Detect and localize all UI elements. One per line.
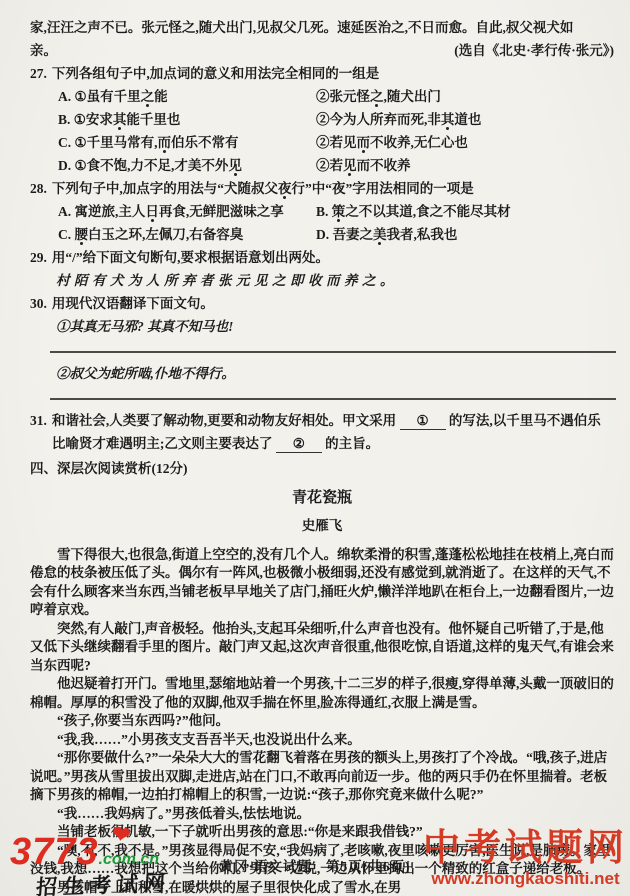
story-paragraph: “我,我……”小男孩支支吾吾半天,也没说出什么来。 [30,731,614,750]
watermark-3773-number: 3773 [10,831,99,873]
watermark-zhongkao-title: 中考试题网 [423,829,628,868]
option-c2: ②若见而不收养,无仁心也 [316,131,614,154]
question-27-options: A. ①虽有千里之能 ②张元怪之,随犬出门 B. ①安求其能千里也 ②今为人所弃… [58,85,614,177]
option-a1: A. ①虽有千里之能 [58,85,316,108]
question-stem: 下列各组句子中,加点词的意义和用法完全相同的一组是 [52,62,614,85]
translation-item-2: ②叔父为蛇所啮,仆地不得行。 [56,362,614,385]
fill-in-blank-1: ① [400,414,446,430]
page-number: 第5页(共6页) [326,859,411,874]
watermark-3773: ❤ 3773.com.cn 招生考试网 [10,833,245,895]
question-number: 28. [30,177,47,200]
question-stem: 用“/”给下面文句断句,要求根据语意划出两处。 [52,246,614,269]
question-31: 31. 和谐社会,人类要了解动物,更要和动物友好相处。甲文采用 ① 的写法,以千… [30,409,614,455]
option-c: C. 腰白玉之环,左佩刀,右备容臭 [58,223,316,246]
page-content: 家,汪汪之声不已。张元怪之,随犬出门,见叔父几死。速延医治之,不日而愈。自此,叔… [30,16,614,896]
source-citation: (选自《北史·孝行传·张元》) [454,39,614,62]
question-number: 29. [30,246,47,269]
section-heading: 四、深层次阅读赏析(12分) [30,457,614,480]
answer-blank-line [50,351,616,353]
passage-end-row: 亲。 (选自《北史·孝行传·张元》) [30,39,614,62]
question-number: 31. [30,409,47,432]
story-paragraph: 突然,有人敲门,声音极轻。他抬头,支起耳朵细听,什么声音也没有。他怀疑自己听错了… [30,620,614,676]
option-d2: ②若见而不收养 [316,154,614,177]
option-b1: B. ①安求其能千里也 [58,108,316,131]
watermark-zhongkaoshiti: 中考试题网 www.zhongkaoshiti.net [423,829,628,889]
question-30: 30. 用现代汉语翻译下面文句。 [30,292,614,315]
option-a2: ②张元怪之,随犬出门 [316,85,614,108]
question-28-options: A. 寓逆旅,主人日再食,无鲜肥滋味之享 B. 策之不以其道,食之不能尽其材 C… [58,200,614,246]
watermark-zhongkao-url: www.zhongkaoshiti.net [423,869,628,889]
story-author: 史雁飞 [30,517,614,536]
question-27: 27. 下列各组句子中,加点词的意义和用法完全相同的一组是 [30,62,614,85]
watermark-3773-caption: 招生考试网 [35,870,245,896]
option-b: B. 策之不以其道,食之不能尽其材 [316,200,614,223]
question-number: 27. [30,62,47,85]
story-paragraph: 雪下得很大,也很急,街道上空空的,没有几个人。绵软柔滑的积雪,蓬蓬松松地挂在枝梢… [30,546,614,620]
question-stem: 和谐社会,人类要了解动物,更要和动物友好相处。甲文采用 ① 的写法,以千里马不遇… [52,409,614,455]
option-row: B. ①安求其能千里也 ②今为人所弃而死,非其道也 [58,108,614,131]
punctuation-sentence: 村陌有犬为人所弃者张元见之即收而养之。 [56,269,614,292]
passage-line: 亲。 [30,39,57,62]
option-row: C. ①千里马常有,而伯乐不常有 ②若见而不收养,无仁心也 [58,131,614,154]
story-paragraph: “孩子,你要当东西吗?”他问。 [30,712,614,731]
question-28: 28. 下列句子中,加点字的用法与“犬随叔父夜行”中“夜”字用法相同的一项是 [30,177,614,200]
question-stem: 下列句子中,加点字的用法与“犬随叔父夜行”中“夜”字用法相同的一项是 [52,177,614,200]
watermark-3773-tld: .com.cn [99,851,159,868]
passage-line: 家,汪汪之声不已。张元怪之,随犬出门,见叔父几死。速延医治之,不日而愈。自此,叔… [30,16,614,39]
question-stem: 用现代汉语翻译下面文句。 [52,292,614,315]
stem-part: 的主旨。 [325,436,379,451]
fill-in-blank-2: ② [276,437,322,453]
heart-icon: ❤ [110,823,132,848]
story-paragraph: 他迟疑着打开门。雪地里,瑟缩地站着一个男孩,十二三岁的样子,很瘦,穿得单薄,头戴… [30,675,614,712]
option-a: A. 寓逆旅,主人日再食,无鲜肥滋味之享 [58,200,316,223]
answer-blank-line [50,398,616,400]
option-b2: ②今为人所弃而死,非其道也 [316,108,614,131]
option-row: C. 腰白玉之环,左佩刀,右备容臭 D. 吾妻之美我者,私我也 [58,223,614,246]
question-29: 29. 用“/”给下面文句断句,要求根据语意划出两处。 [30,246,614,269]
option-c1: C. ①千里马常有,而伯乐不常有 [58,131,316,154]
option-row: D. ①食不饱,力不足,才美不外见 ②若见而不收养 [58,154,614,177]
story-paragraph: “那你要做什么?”一朵朵大大的雪花翻飞着落在男孩的额头上,男孩打了个冷战。“哦,… [30,749,614,805]
translation-item-1: ①其真无马邪? 其真不知马也! [56,315,614,338]
option-row: A. ①虽有千里之能 ②张元怪之,随犬出门 [58,85,614,108]
stem-part: 和谐社会,人类要了解动物,更要和动物友好相处。甲文采用 [52,413,396,428]
option-d1: D. ①食不饱,力不足,才美不外见 [58,154,316,177]
option-d: D. 吾妻之美我者,私我也 [316,223,614,246]
exam-page-scan: 家,汪汪之声不已。张元怪之,随犬出门,见叔父几死。速延医治之,不日而愈。自此,叔… [0,0,630,896]
story-title: 青花瓷瓶 [30,488,614,508]
question-number: 30. [30,292,47,315]
option-row: A. 寓逆旅,主人日再食,无鲜肥滋味之享 B. 策之不以其道,食之不能尽其材 [58,200,614,223]
